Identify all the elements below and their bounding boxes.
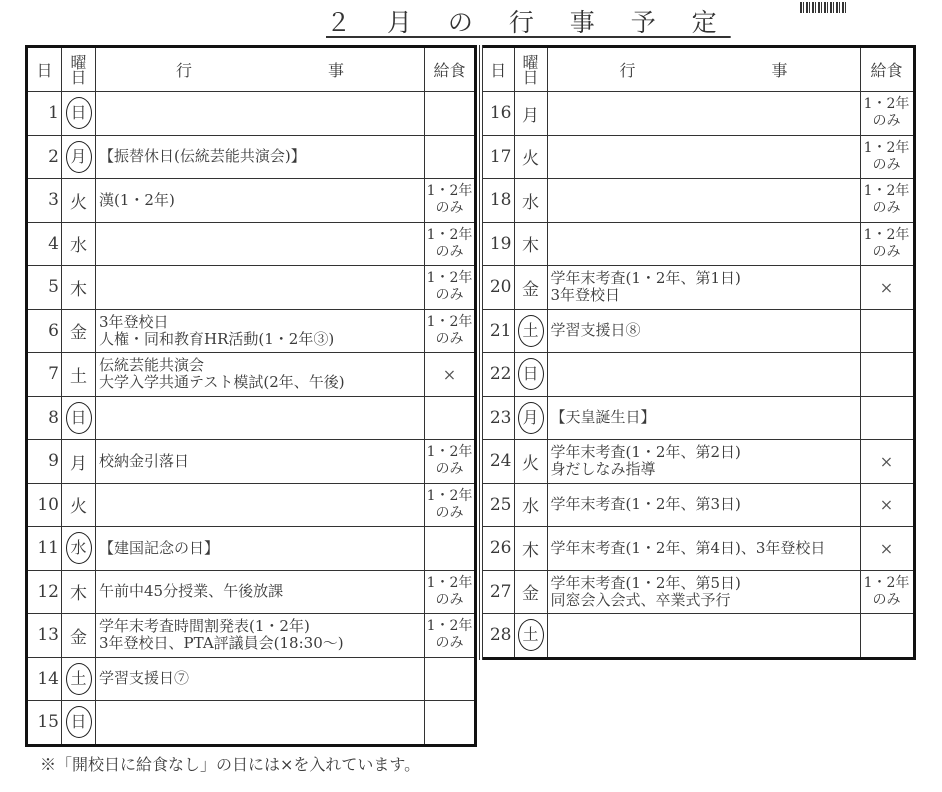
lunch-cell: 1・2年のみ (425, 440, 476, 484)
header-weekday: 曜日 (514, 47, 547, 92)
lunch-cell: × (860, 483, 914, 527)
table-row: 2月【振替休日(伝統芸能共演会)】 (27, 135, 476, 179)
lunch-text: 1・2年 (861, 227, 913, 244)
lunch-cell (425, 92, 476, 136)
lunch-text: 1・2年 (425, 488, 474, 505)
lunch-cell: 1・2年のみ (425, 222, 476, 266)
weekday-cell: 金 (514, 266, 547, 310)
weekday-cell: 日 (62, 701, 96, 746)
event-text: 3年登校日 (551, 287, 860, 304)
day-cell: 15 (27, 701, 62, 746)
lunch-cell: 1・2年のみ (425, 570, 476, 614)
holiday-circle-marker: 水 (66, 532, 92, 564)
schedule-table-right: 日 曜日 行 事 給食 16月1・2年のみ17火1・2年のみ18水1・2年のみ1… (479, 45, 916, 660)
lunch-cell: 1・2年のみ (860, 135, 914, 179)
event-cell (547, 179, 860, 223)
event-cell (96, 222, 425, 266)
lunch-cell: × (860, 440, 914, 484)
day-cell: 14 (27, 657, 62, 701)
header-event: 行 事 (547, 47, 860, 92)
event-text: 校納金引落日 (99, 453, 424, 470)
lunch-text: のみ (861, 592, 913, 609)
holiday-circle-marker: 日 (518, 358, 544, 390)
lunch-cell: 1・2年のみ (860, 92, 914, 136)
lunch-text: 1・2年 (425, 183, 474, 200)
event-text: 大学入学共通テスト模試(2年、午後) (99, 374, 424, 391)
lunch-cell (860, 396, 914, 440)
day-cell: 21 (481, 309, 514, 353)
event-cell (547, 614, 860, 659)
qr-code-icon (800, 2, 848, 13)
day-cell: 27 (481, 570, 514, 614)
table-row: 27金学年末考査(1・2年、第5日)同窓会入会式、卒業式予行1・2年のみ (481, 570, 914, 614)
weekday-label: 土 (70, 367, 87, 387)
no-lunch-mark: × (861, 496, 913, 513)
table-row: 28土 (481, 614, 914, 659)
holiday-circle-marker: 日 (66, 402, 92, 434)
lunch-text: 1・2年 (425, 575, 474, 592)
holiday-circle-marker: 日 (66, 706, 92, 738)
event-cell: 学年末考査(1・2年、第3日) (547, 483, 860, 527)
table-row: 10火1・2年のみ (27, 483, 476, 527)
weekday-label: 火 (70, 497, 87, 517)
lunch-text: のみ (425, 244, 474, 261)
event-text: 学年末考査(1・2年、第2日) (551, 444, 860, 461)
table-header-row: 日 曜日 行 事 給食 (27, 47, 476, 92)
event-text: 身だしなみ指導 (551, 461, 860, 478)
event-cell (547, 222, 860, 266)
lunch-text: のみ (861, 157, 913, 174)
lunch-text: のみ (425, 505, 474, 522)
table-row: 16月1・2年のみ (481, 92, 914, 136)
table-row: 6金3年登校日人権・同和教育HR活動(1・2年③)1・2年のみ (27, 309, 476, 353)
event-text: 学年末考査(1・2年、第5日) (551, 575, 860, 592)
no-lunch-mark: × (861, 279, 913, 296)
weekday-cell: 水 (62, 222, 96, 266)
event-cell: 学年末考査(1・2年、第2日)身だしなみ指導 (547, 440, 860, 484)
event-text: 学年末考査(1・2年、第1日) (551, 270, 860, 287)
event-text: 3年登校日、PTA評議員会(18:30～) (99, 635, 424, 652)
lunch-text: 1・2年 (425, 444, 474, 461)
day-cell: 23 (481, 396, 514, 440)
event-text: 学習支援日⑦ (99, 670, 424, 687)
weekday-label: 木 (522, 236, 539, 256)
weekday-cell: 月 (514, 92, 547, 136)
lunch-text: 1・2年 (425, 314, 474, 331)
lunch-text: のみ (425, 200, 474, 217)
day-cell: 9 (27, 440, 62, 484)
day-cell: 26 (481, 527, 514, 571)
table-row: 12木午前中45分授業、午後放課1・2年のみ (27, 570, 476, 614)
event-cell: 学年末考査時間割発表(1・2年)3年登校日、PTA評議員会(18:30～) (96, 614, 425, 658)
header-weekday: 曜日 (62, 47, 96, 92)
weekday-cell: 火 (62, 179, 96, 223)
schedule-table-left: 日 曜日 行 事 給食 1日2月【振替休日(伝統芸能共演会)】3火漢(1・2年)… (25, 45, 477, 747)
weekday-cell: 日 (514, 353, 547, 397)
weekday-label: 金 (70, 323, 87, 343)
lunch-text: 1・2年 (425, 227, 474, 244)
table-row: 17火1・2年のみ (481, 135, 914, 179)
lunch-cell: 1・2年のみ (425, 309, 476, 353)
day-cell: 10 (27, 483, 62, 527)
event-text: 伝統芸能共演会 (99, 357, 424, 374)
lunch-cell: 1・2年のみ (860, 179, 914, 223)
event-cell: 【建国記念の日】 (96, 527, 425, 571)
event-cell: 学年末考査(1・2年、第5日)同窓会入会式、卒業式予行 (547, 570, 860, 614)
lunch-cell: × (860, 266, 914, 310)
lunch-cell: 1・2年のみ (425, 179, 476, 223)
event-text: 学年末考査(1・2年、第4日)、3年登校日 (551, 540, 860, 557)
event-text: 同窓会入会式、卒業式予行 (551, 592, 860, 609)
table-row: 26木学年末考査(1・2年、第4日)、3年登校日× (481, 527, 914, 571)
event-cell: 学年末考査(1・2年、第4日)、3年登校日 (547, 527, 860, 571)
table-row: 22日 (481, 353, 914, 397)
table-row: 7土伝統芸能共演会大学入学共通テスト模試(2年、午後)× (27, 353, 476, 397)
lunch-text: のみ (861, 244, 913, 261)
lunch-text: 1・2年 (861, 183, 913, 200)
event-text: 3年登校日 (99, 314, 424, 331)
day-cell: 1 (27, 92, 62, 136)
lunch-cell (425, 135, 476, 179)
weekday-cell: 木 (62, 570, 96, 614)
table-row: 13金学年末考査時間割発表(1・2年)3年登校日、PTA評議員会(18:30～)… (27, 614, 476, 658)
header-day: 日 (481, 47, 514, 92)
day-cell: 11 (27, 527, 62, 571)
day-cell: 25 (481, 483, 514, 527)
header-event: 行 事 (96, 47, 425, 92)
day-cell: 2 (27, 135, 62, 179)
weekday-label: 木 (522, 541, 539, 561)
weekday-cell: 火 (514, 440, 547, 484)
weekday-cell: 水 (514, 483, 547, 527)
weekday-cell: 金 (62, 614, 96, 658)
day-cell: 12 (27, 570, 62, 614)
holiday-circle-marker: 日 (66, 97, 92, 129)
event-cell: 校納金引落日 (96, 440, 425, 484)
lunch-cell: × (425, 353, 476, 397)
day-cell: 20 (481, 266, 514, 310)
table-row: 8日 (27, 396, 476, 440)
weekday-label: 木 (70, 280, 87, 300)
lunch-cell: 1・2年のみ (860, 570, 914, 614)
page-title: ２ 月 の 行 事 予 定 (326, 3, 731, 39)
lunch-cell: 1・2年のみ (425, 266, 476, 310)
weekday-cell: 土 (514, 309, 547, 353)
event-text: 学習支援日⑧ (551, 322, 860, 339)
weekday-cell: 火 (514, 135, 547, 179)
table-row: 5木1・2年のみ (27, 266, 476, 310)
holiday-circle-marker: 月 (518, 402, 544, 434)
header-day: 日 (27, 47, 62, 92)
table-row: 18水1・2年のみ (481, 179, 914, 223)
table-row: 4水1・2年のみ (27, 222, 476, 266)
weekday-label: 金 (70, 628, 87, 648)
lunch-cell: 1・2年のみ (425, 483, 476, 527)
event-cell: 学習支援日⑦ (96, 657, 425, 701)
weekday-label: 月 (522, 106, 539, 126)
lunch-text: のみ (425, 592, 474, 609)
day-cell: 22 (481, 353, 514, 397)
event-cell (547, 135, 860, 179)
lunch-text: 1・2年 (861, 96, 913, 113)
day-cell: 6 (27, 309, 62, 353)
lunch-cell: × (860, 527, 914, 571)
weekday-label: 水 (522, 193, 539, 213)
weekday-cell: 水 (514, 179, 547, 223)
event-text: 【振替休日(伝統芸能共演会)】 (99, 148, 424, 165)
weekday-cell: 水 (62, 527, 96, 571)
no-lunch-mark: × (425, 366, 474, 383)
table-header-row: 日 曜日 行 事 給食 (481, 47, 914, 92)
holiday-circle-marker: 土 (66, 663, 92, 695)
table-row: 21土学習支援日⑧ (481, 309, 914, 353)
lunch-cell (860, 353, 914, 397)
day-cell: 13 (27, 614, 62, 658)
lunch-text: のみ (425, 287, 474, 304)
table-row: 19木1・2年のみ (481, 222, 914, 266)
holiday-circle-marker: 土 (518, 619, 544, 651)
event-text: 漢(1・2年) (99, 192, 424, 209)
event-text: 学年末考査(1・2年、第3日) (551, 496, 860, 513)
day-cell: 8 (27, 396, 62, 440)
weekday-label: 金 (522, 280, 539, 300)
weekday-cell: 日 (62, 92, 96, 136)
event-cell (96, 92, 425, 136)
lunch-text: のみ (425, 331, 474, 348)
event-cell (96, 396, 425, 440)
day-cell: 17 (481, 135, 514, 179)
weekday-cell: 金 (62, 309, 96, 353)
lunch-cell (425, 527, 476, 571)
lunch-text: 1・2年 (425, 618, 474, 635)
header-lunch: 給食 (425, 47, 476, 92)
day-cell: 3 (27, 179, 62, 223)
weekday-cell: 月 (514, 396, 547, 440)
table-row: 24火学年末考査(1・2年、第2日)身だしなみ指導× (481, 440, 914, 484)
holiday-circle-marker: 土 (518, 315, 544, 347)
weekday-label: 金 (522, 584, 539, 604)
weekday-label: 水 (70, 236, 87, 256)
no-lunch-mark: × (861, 540, 913, 557)
table-row: 25水学年末考査(1・2年、第3日)× (481, 483, 914, 527)
day-cell: 19 (481, 222, 514, 266)
event-cell (96, 266, 425, 310)
lunch-cell (425, 396, 476, 440)
event-text: 【建国記念の日】 (99, 540, 424, 557)
event-cell: 【振替休日(伝統芸能共演会)】 (96, 135, 425, 179)
event-cell (96, 701, 425, 746)
weekday-label: 火 (522, 149, 539, 169)
weekday-cell: 土 (514, 614, 547, 659)
day-cell: 16 (481, 92, 514, 136)
lunch-text: のみ (861, 113, 913, 130)
event-cell (547, 353, 860, 397)
table-row: 11水【建国記念の日】 (27, 527, 476, 571)
table-row: 15日 (27, 701, 476, 746)
weekday-cell: 土 (62, 657, 96, 701)
day-cell: 4 (27, 222, 62, 266)
table-row: 9月校納金引落日1・2年のみ (27, 440, 476, 484)
event-cell: 学年末考査(1・2年、第1日)3年登校日 (547, 266, 860, 310)
weekday-cell: 月 (62, 440, 96, 484)
event-cell (547, 92, 860, 136)
lunch-cell: 1・2年のみ (860, 222, 914, 266)
day-cell: 5 (27, 266, 62, 310)
day-cell: 28 (481, 614, 514, 659)
table-row: 20金学年末考査(1・2年、第1日)3年登校日× (481, 266, 914, 310)
event-cell: 午前中45分授業、午後放課 (96, 570, 425, 614)
footnote: ※「開校日に給食なし」の日には×を入れています。 (40, 752, 420, 775)
lunch-cell (860, 309, 914, 353)
weekday-cell: 土 (62, 353, 96, 397)
weekday-label: 木 (70, 584, 87, 604)
table-row: 3火漢(1・2年)1・2年のみ (27, 179, 476, 223)
weekday-cell: 木 (514, 527, 547, 571)
event-cell: 伝統芸能共演会大学入学共通テスト模試(2年、午後) (96, 353, 425, 397)
weekday-cell: 火 (62, 483, 96, 527)
header-lunch: 給食 (860, 47, 914, 92)
weekday-label: 火 (70, 193, 87, 213)
weekday-label: 月 (70, 454, 87, 474)
weekday-cell: 木 (62, 266, 96, 310)
weekday-cell: 木 (514, 222, 547, 266)
event-cell: 3年登校日人権・同和教育HR活動(1・2年③) (96, 309, 425, 353)
day-cell: 18 (481, 179, 514, 223)
lunch-cell: 1・2年のみ (425, 614, 476, 658)
weekday-cell: 日 (62, 396, 96, 440)
lunch-text: 1・2年 (861, 140, 913, 157)
lunch-text: 1・2年 (425, 270, 474, 287)
weekday-label: 火 (522, 454, 539, 474)
event-cell: 学習支援日⑧ (547, 309, 860, 353)
event-text: 学年末考査時間割発表(1・2年) (99, 618, 424, 635)
weekday-label: 水 (522, 497, 539, 517)
lunch-cell (860, 614, 914, 659)
event-text: 午前中45分授業、午後放課 (99, 583, 424, 600)
table-row: 1日 (27, 92, 476, 136)
weekday-cell: 月 (62, 135, 96, 179)
event-cell: 漢(1・2年) (96, 179, 425, 223)
lunch-cell (425, 657, 476, 701)
lunch-text: のみ (425, 461, 474, 478)
table-row: 23月【天皇誕生日】 (481, 396, 914, 440)
day-cell: 7 (27, 353, 62, 397)
lunch-text: 1・2年 (861, 575, 913, 592)
event-cell (96, 483, 425, 527)
holiday-circle-marker: 月 (66, 141, 92, 173)
event-text: 【天皇誕生日】 (551, 409, 860, 426)
day-cell: 24 (481, 440, 514, 484)
event-cell: 【天皇誕生日】 (547, 396, 860, 440)
weekday-cell: 金 (514, 570, 547, 614)
table-row: 14土学習支援日⑦ (27, 657, 476, 701)
lunch-text: のみ (425, 635, 474, 652)
event-text: 人権・同和教育HR活動(1・2年③) (99, 331, 424, 348)
lunch-text: のみ (861, 200, 913, 217)
no-lunch-mark: × (861, 453, 913, 470)
lunch-cell (425, 701, 476, 746)
